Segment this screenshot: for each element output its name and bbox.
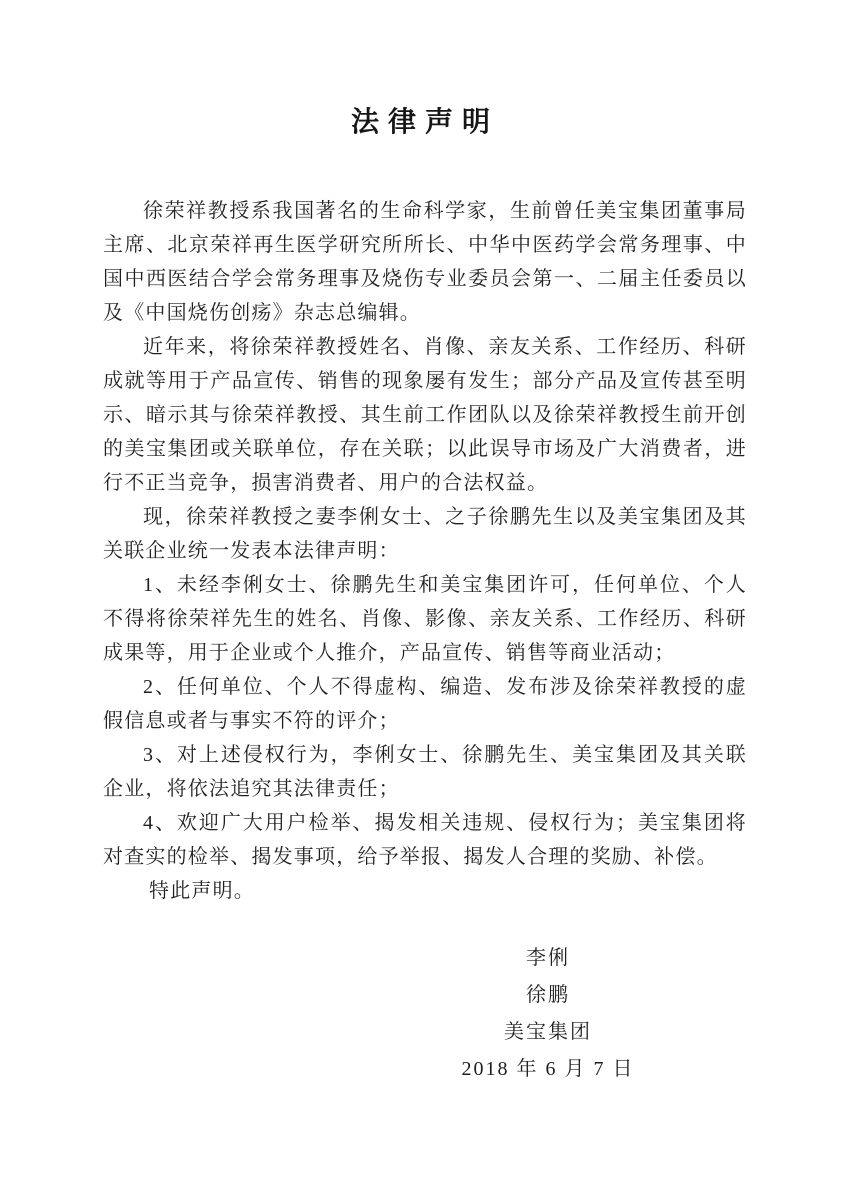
document-page: 法律声明 徐荣祥教授系我国著名的生命科学家，生前曾任美宝集团董事局主席、北京荣祥… <box>0 0 850 1202</box>
signature-name-1: 李俐 <box>445 940 651 977</box>
signature-company: 美宝集团 <box>445 1014 651 1051</box>
paragraph-closing: 特此声明。 <box>103 874 747 908</box>
paragraph-item-2: 2、任何单位、个人不得虚构、编造、发布涉及徐荣祥教授的虚假信息或者与事实不符的评… <box>103 670 747 738</box>
paragraph-intro: 徐荣祥教授系我国著名的生命科学家，生前曾任美宝集团董事局主席、北京荣祥再生医学研… <box>103 194 747 330</box>
paragraph-item-1: 1、未经李俐女士、徐鹏先生和美宝集团许可，任何单位、个人不得将徐荣祥先生的姓名、… <box>103 568 747 670</box>
paragraph-item-4: 4、欢迎广大用户检举、揭发相关违规、侵权行为；美宝集团将对查实的检举、揭发事项，… <box>103 806 747 874</box>
document-title: 法律声明 <box>103 100 747 140</box>
paragraph-background: 近年来，将徐荣祥教授姓名、肖像、亲友关系、工作经历、科研成就等用于产品宣传、销售… <box>103 330 747 500</box>
signature-block: 李俐 徐鹏 美宝集团 2018 年 6 月 7 日 <box>445 940 651 1088</box>
paragraph-declaration-lead: 现，徐荣祥教授之妻李俐女士、之子徐鹏先生以及美宝集团及其关联企业统一发表本法律声… <box>103 500 747 568</box>
paragraph-item-3: 3、对上述侵权行为，李俐女士、徐鹏先生、美宝集团及其关联企业，将依法追究其法律责… <box>103 738 747 806</box>
signature-date: 2018 年 6 月 7 日 <box>445 1051 651 1088</box>
document-body: 徐荣祥教授系我国著名的生命科学家，生前曾任美宝集团董事局主席、北京荣祥再生医学研… <box>103 194 747 908</box>
signature-name-2: 徐鹏 <box>445 977 651 1014</box>
